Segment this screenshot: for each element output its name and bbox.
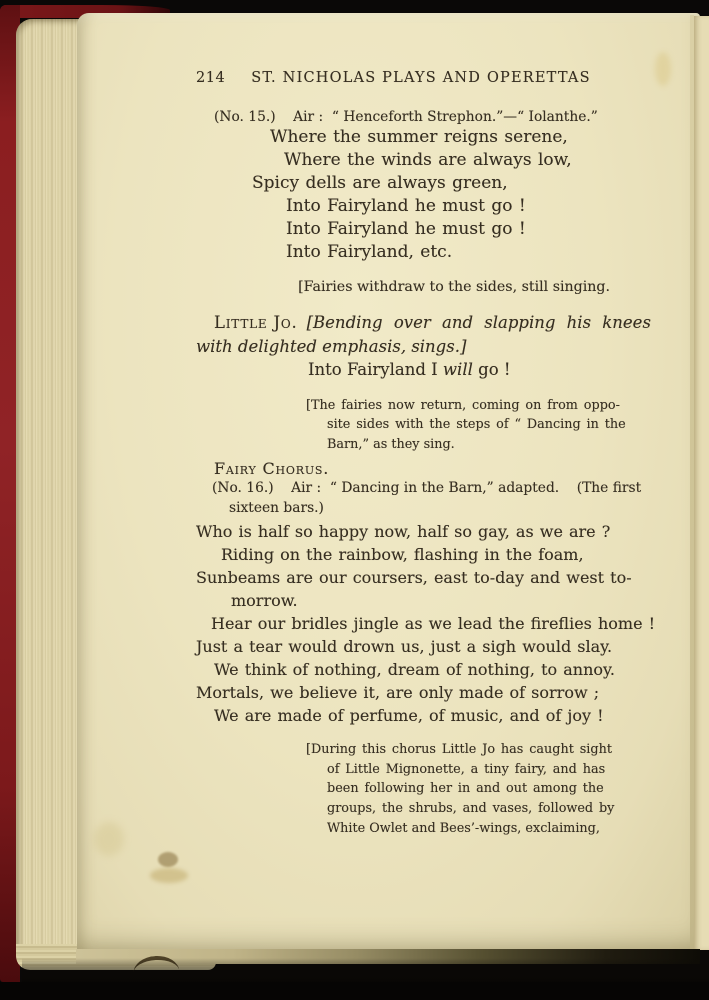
sung-line: Into Fairyland I will go ! — [308, 358, 610, 382]
direction-line: [The fairies now return, coming on from … — [306, 396, 610, 416]
page-text-block: 214 ST. NICHOLAS PLAYS AND OPERETTAS (No… — [196, 69, 610, 838]
ink-stain — [158, 852, 178, 867]
verse-line: Into Fairyland he must go ! — [286, 195, 610, 218]
song-15-air-heading: (No. 15.) Air : “ Henceforth Strephon.”—… — [214, 108, 610, 126]
verse-line: Into Fairyland he must go ! — [286, 218, 610, 241]
verse-line: Where the summer reigns serene, — [270, 126, 610, 149]
sung-line-emphasis: will — [443, 360, 473, 379]
stage-direction-withdraw: [Fairies withdraw to the sides, still si… — [196, 278, 610, 296]
verse-line: We are made of perfume, of music, and of… — [214, 704, 610, 727]
little-jo-speech: Little Jo.[Bending over and slapping his… — [196, 311, 610, 382]
direction-line: Barn,” as they sing. — [327, 435, 610, 455]
verse-line: Riding on the rainbow, flashing in the f… — [221, 543, 610, 566]
running-header: 214 ST. NICHOLAS PLAYS AND OPERETTAS — [196, 69, 610, 87]
running-title: ST. NICHOLAS PLAYS AND OPERETTAS — [251, 69, 591, 87]
verse-line: Just a tear would drown us, just a sigh … — [196, 635, 610, 658]
adjacent-page-edge — [694, 16, 709, 950]
stage-direction-inline-start: [Bending over and slapping his knees — [307, 313, 651, 332]
direction-line: White Owlet and Bees’-wings, exclaiming, — [327, 819, 610, 839]
speaker-name: Little Jo. — [214, 313, 298, 332]
ink-stain — [150, 868, 188, 883]
song-15-verse: Where the summer reigns serene, Where th… — [196, 126, 610, 264]
verse-line: morrow. — [231, 589, 610, 612]
sung-line-start: Into Fairyland I — [308, 360, 443, 379]
sung-line-end: go ! — [473, 360, 511, 379]
verse-line: Sunbeams are our coursers, east to-day a… — [196, 566, 610, 589]
verse-line: We think of nothing, dream of nothing, t… — [214, 658, 610, 681]
air-heading-line: sixteen bars.) — [229, 499, 610, 519]
paper-stain — [655, 52, 671, 86]
stage-direction-during: [During this chorus Little Jo has caught… — [196, 740, 610, 838]
direction-line: of Little Mignonette, a tiny fairy, and … — [327, 760, 610, 780]
stage-direction-inline-end: with delighted emphasis, sings.] — [196, 335, 610, 359]
book-page: 214 ST. NICHOLAS PLAYS AND OPERETTAS (No… — [77, 13, 700, 952]
verse-line: Hear our bridles jingle as we lead the f… — [211, 612, 610, 635]
direction-line: site sides with the steps of “ Dancing i… — [327, 415, 610, 435]
chorus-heading: Fairy Chorus. — [214, 459, 610, 479]
stage-direction-return: [The fairies now return, coming on from … — [196, 396, 610, 455]
paper-stain — [94, 822, 124, 856]
speech-opening-line: Little Jo.[Bending over and slapping his… — [214, 311, 610, 335]
verse-line: Into Fairyland, etc. — [286, 241, 610, 264]
direction-line: been following her in and out among the — [327, 779, 610, 799]
verse-line: Where the winds are always low, — [284, 149, 610, 172]
song-16-air-heading: (No. 16.) Air : “ Dancing in the Barn,” … — [196, 479, 610, 518]
air-heading-line: (No. 16.) Air : “ Dancing in the Barn,” … — [212, 479, 610, 499]
verse-line: Spicy dells are always green, — [252, 172, 610, 195]
scan-background — [0, 982, 709, 1000]
direction-line: [During this chorus Little Jo has caught… — [306, 740, 610, 760]
verse-line: Who is half so happy now, half so gay, a… — [196, 520, 610, 543]
direction-line: groups, the shrubs, and vases, followed … — [327, 799, 610, 819]
page-number: 214 — [196, 69, 225, 87]
page-fore-edge-stack — [16, 19, 81, 957]
chorus-verse: Who is half so happy now, half so gay, a… — [196, 520, 610, 727]
verse-line: Mortals, we believe it, are only made of… — [196, 681, 610, 704]
